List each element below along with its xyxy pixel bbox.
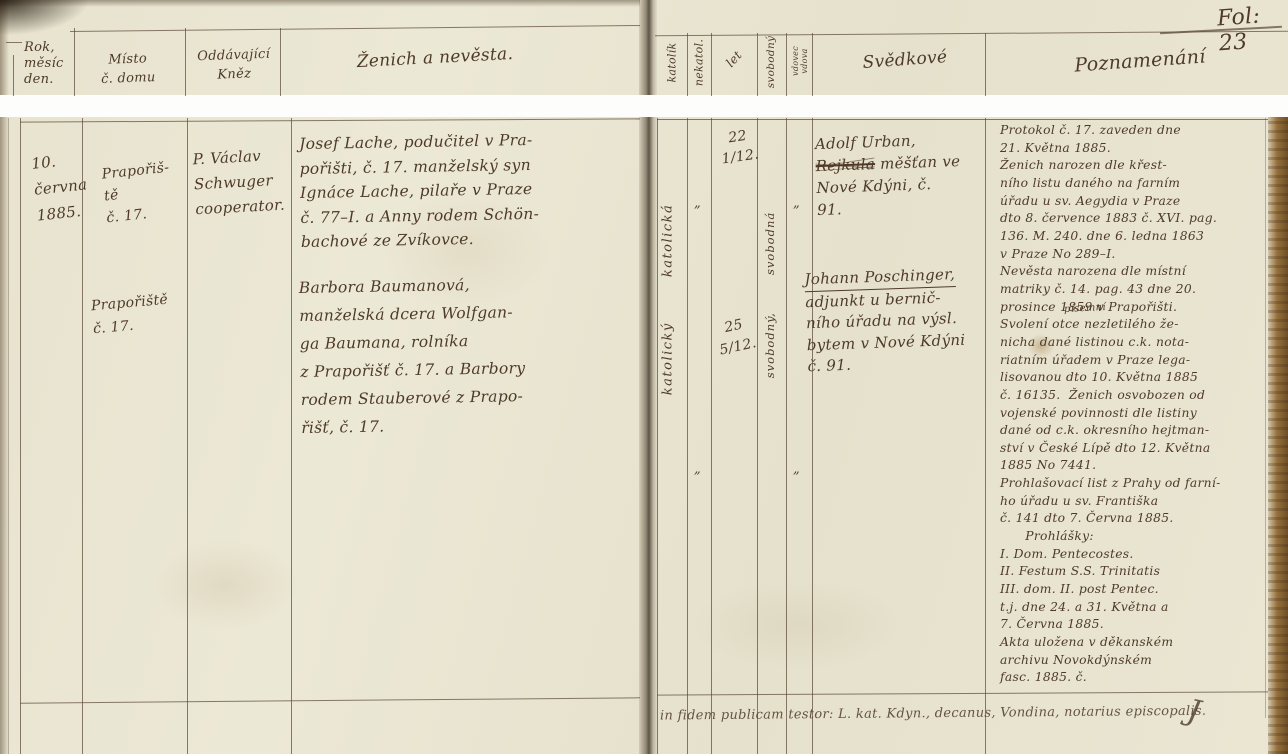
witness2-details: adjunkt u bernič- ního úřadu na výsl. by… — [805, 285, 996, 378]
entry-status-column: svobodný, svobodná — [763, 137, 777, 453]
header-date-column: Rok, měsíc den. — [24, 40, 64, 88]
page-edge-top — [0, 0, 640, 7]
ditto-mark: „ — [793, 462, 800, 477]
table-rule-line — [812, 33, 813, 96]
header-noncatholic-column: nekatol. — [693, 18, 706, 108]
entry-groom-text: Josef Lache, podučitel v Pra- pořišti, č… — [299, 126, 649, 255]
table-rule-line — [20, 697, 640, 703]
table-rule-line — [786, 118, 787, 754]
entry-priest: P. Václav Schwuger cooperator. — [192, 143, 286, 223]
header-single-column: svobodný — [765, 17, 777, 107]
table-rule-line — [280, 28, 281, 96]
attestation-note: in fidem publicam testor: L. kat. Kdyn.,… — [660, 703, 1240, 723]
entry-bride-text: Barbora Baumanová, manželská dcera Wolfg… — [299, 268, 650, 442]
table-rule-line — [8, 118, 9, 754]
table-rule-line — [187, 118, 188, 754]
table-rule-line — [70, 25, 640, 32]
entry-witness2: Johann Poschinger,adjunkt u bernič- ního… — [804, 263, 996, 378]
table-rule-line — [6, 42, 22, 43]
table-rule-line — [985, 118, 986, 754]
table-rule-line — [687, 118, 688, 754]
table-rule-line — [812, 118, 813, 754]
ditto-mark: „ — [694, 462, 701, 477]
header-couple-column: Ženich a nevěsta. — [330, 43, 541, 74]
entry-groom-age: 22 1/12. — [711, 124, 766, 171]
header-witnesses-column: Svědkové — [839, 45, 970, 74]
ditto-mark: „ — [694, 196, 701, 211]
table-rule-line — [185, 28, 186, 96]
entry-bride-age: 25 5/12. — [704, 311, 768, 364]
table-rule-line — [657, 119, 1268, 120]
table-rule-line — [20, 118, 21, 754]
table-rule-line — [291, 118, 292, 754]
table-rule-line — [757, 33, 758, 96]
table-rule-line — [711, 33, 712, 96]
table-rule-line — [657, 691, 1268, 695]
table-rule-line — [1265, 118, 1266, 718]
table-rule-line — [82, 118, 83, 754]
table-rule-line — [657, 118, 658, 754]
header-place-column: Místo č. domu — [87, 49, 168, 90]
paper-stain — [690, 580, 910, 670]
paper-stain — [150, 540, 300, 630]
header-priest-column: Oddávající Kněz — [187, 44, 280, 85]
table-rule-line — [13, 55, 14, 96]
table-rule-line — [74, 28, 75, 96]
table-rule-line — [985, 33, 986, 96]
header-remarks-column: Poznamenání — [1049, 44, 1230, 79]
header-catholic-column: katolík — [666, 18, 679, 108]
table-rule-line — [687, 33, 688, 96]
scan-gap — [0, 95, 1288, 117]
table-rule-line — [711, 118, 712, 754]
witness1-name: Adolf Urban, — [815, 127, 992, 155]
header-age-column: let — [714, 38, 754, 80]
header-widowed-column: vdovec vdova — [791, 43, 809, 79]
witness1-crossed-out: Rejkula — [815, 155, 875, 175]
entry-remarks: Protokol č. 17. zaveden dne 21. Května 1… — [1000, 122, 1276, 687]
remarks-inserted-word: písemní — [1064, 302, 1106, 315]
table-rule-line — [786, 33, 787, 96]
register-scan: Fol: 23 Rok, měsíc den. Místo č. domu Od… — [0, 0, 1288, 754]
entry-religion-column: katolický katolická — [661, 130, 676, 470]
table-rule-line — [20, 118, 640, 122]
entry-witness1: Adolf Urban,Rejkulaměšťan ve Nové Kdýni,… — [815, 127, 994, 221]
entry-bride-place: Prapořiště č. 17. — [90, 289, 171, 342]
entry-groom-place: Prapořiš- tě č. 17. — [101, 157, 175, 230]
ditto-mark: „ — [793, 196, 800, 211]
table-rule-line — [757, 118, 758, 754]
